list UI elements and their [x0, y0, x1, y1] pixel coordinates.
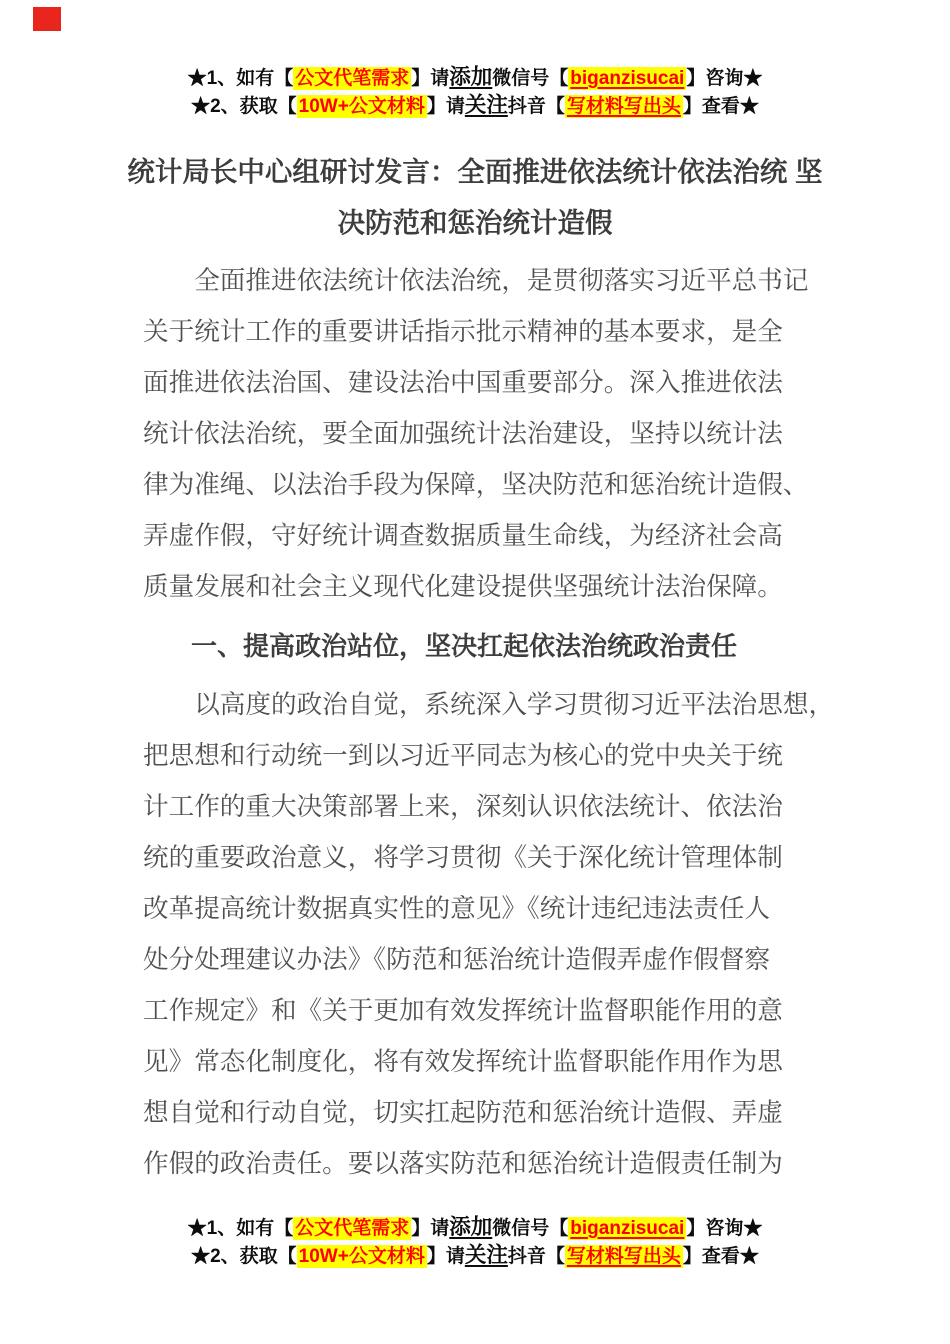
text-line: 质量发展和社会主义现代化建设提供坚强统计法治保障。: [143, 562, 833, 613]
promo-text: 微信号【: [492, 68, 568, 89]
promo-text: ★2、获取【: [191, 1246, 297, 1267]
paragraph-2: 以高度的政治自觉，系统深入学习贯彻习近平法治思想，把思想和行动统一到以习近平同志…: [143, 680, 833, 1190]
promo-footer-line-2: ★2、获取【10W+公文材料】请关注抖音【写材料写出头】查看★: [0, 1242, 950, 1270]
promo-underline-emph: 添加: [449, 1215, 492, 1239]
text-line: 统的重要政治意义，将学习贯彻《关于深化统计管理体制: [143, 833, 833, 884]
promo-text: 抖音【: [508, 1246, 565, 1267]
text-line: 弄虚作假，守好统计调查数据质量生命线，为经济社会高: [143, 511, 833, 562]
promo-text: 微信号【: [492, 1218, 568, 1239]
promo-highlight: 10W+公文材料: [297, 95, 427, 118]
promo-text: 】请: [427, 1246, 465, 1267]
document-page: ★1、如有【公文代笔需求】请添加微信号【biganzisucai】咨询★ ★2、…: [0, 0, 950, 1344]
promo-text: 】查看★: [683, 1246, 759, 1267]
red-annotation-marker: [33, 7, 61, 31]
text-line: 作假的政治责任。要以落实防范和惩治统计造假责任制为: [143, 1139, 833, 1190]
document-title: 统计局长中心组研讨发言：全面推进依法统计依法治统 坚决防范和惩治统计造假: [0, 146, 950, 248]
text-line: 计工作的重大决策部署上来，深刻认识依法统计、依法治: [143, 782, 833, 833]
text-line: 见》常态化制度化，将有效发挥统计监督职能作用作为思: [143, 1037, 833, 1088]
promo-underline-emph: 关注: [465, 1243, 508, 1267]
text-line: 改革提高统计数据真实性的意见》《统计违纪违法责任人: [143, 884, 833, 935]
paragraph-1: 全面推进依法统计依法治统，是贯彻落实习近平总书记关于统计工作的重要讲话指示批示精…: [143, 256, 833, 613]
text-line: 面推进依法治国、建设法治中国重要部分。深入推进依法: [143, 358, 833, 409]
promo-footer: ★1、如有【公文代笔需求】请添加微信号【biganzisucai】咨询★ ★2、…: [0, 1214, 950, 1270]
promo-highlight: 公文代笔需求: [293, 67, 411, 90]
section-heading-1: 一、提高政治站位，坚决扛起依法治统政治责任: [143, 621, 833, 672]
promo-footer-line-1: ★1、如有【公文代笔需求】请添加微信号【biganzisucai】咨询★: [0, 1214, 950, 1242]
promo-text: 】请: [411, 1218, 449, 1239]
promo-text: 抖音【: [508, 96, 565, 117]
promo-underline-emph: 添加: [449, 65, 492, 89]
text-line: 处分处理建议办法》《防范和惩治统计造假弄虚作假督察: [143, 935, 833, 986]
promo-text: ★2、获取【: [191, 96, 297, 117]
text-line: 统计依法治统，要全面加强统计法治建设，坚持以统计法: [143, 409, 833, 460]
promo-highlight: 公文代笔需求: [293, 1217, 411, 1240]
text-line: 关于统计工作的重要讲话指示批示精神的基本要求，是全: [143, 307, 833, 358]
promo-header-line-2: ★2、获取【10W+公文材料】请关注抖音【写材料写出头】查看★: [0, 92, 950, 120]
promo-highlight-underline: biganzisucai: [568, 1217, 686, 1240]
text-line: 想自觉和行动自觉，切实扛起防范和惩治统计造假、弄虚: [143, 1088, 833, 1139]
promo-text: 】查看★: [683, 96, 759, 117]
text-line: 把思想和行动统一到以习近平同志为核心的党中央关于统: [143, 731, 833, 782]
text-line: 统计局长中心组研讨发言：全面推进依法统计依法治统 坚: [0, 146, 950, 197]
promo-text: ★1、如有【: [188, 68, 294, 89]
text-line: 决防范和惩治统计造假: [0, 197, 950, 248]
promo-highlight: 10W+公文材料: [297, 1245, 427, 1268]
promo-text: ★1、如有【: [188, 1218, 294, 1239]
text-line: 以高度的政治自觉，系统深入学习贯彻习近平法治思想，: [143, 680, 833, 731]
promo-highlight-underline: 写材料写出头: [565, 95, 683, 118]
promo-highlight-underline: biganzisucai: [568, 67, 686, 90]
promo-text: 】请: [427, 96, 465, 117]
promo-header: ★1、如有【公文代笔需求】请添加微信号【biganzisucai】咨询★ ★2、…: [0, 64, 950, 120]
text-line: 全面推进依法统计依法治统，是贯彻落实习近平总书记: [143, 256, 833, 307]
promo-text: 】咨询★: [686, 68, 762, 89]
promo-underline-emph: 关注: [465, 93, 508, 117]
text-line: 律为准绳、以法治手段为保障，坚决防范和惩治统计造假、: [143, 460, 833, 511]
promo-highlight-underline: 写材料写出头: [565, 1245, 683, 1268]
text-line: 工作规定》和《关于更加有效发挥统计监督职能作用的意: [143, 986, 833, 1037]
promo-text: 】请: [411, 68, 449, 89]
promo-header-line-1: ★1、如有【公文代笔需求】请添加微信号【biganzisucai】咨询★: [0, 64, 950, 92]
promo-text: 】咨询★: [686, 1218, 762, 1239]
